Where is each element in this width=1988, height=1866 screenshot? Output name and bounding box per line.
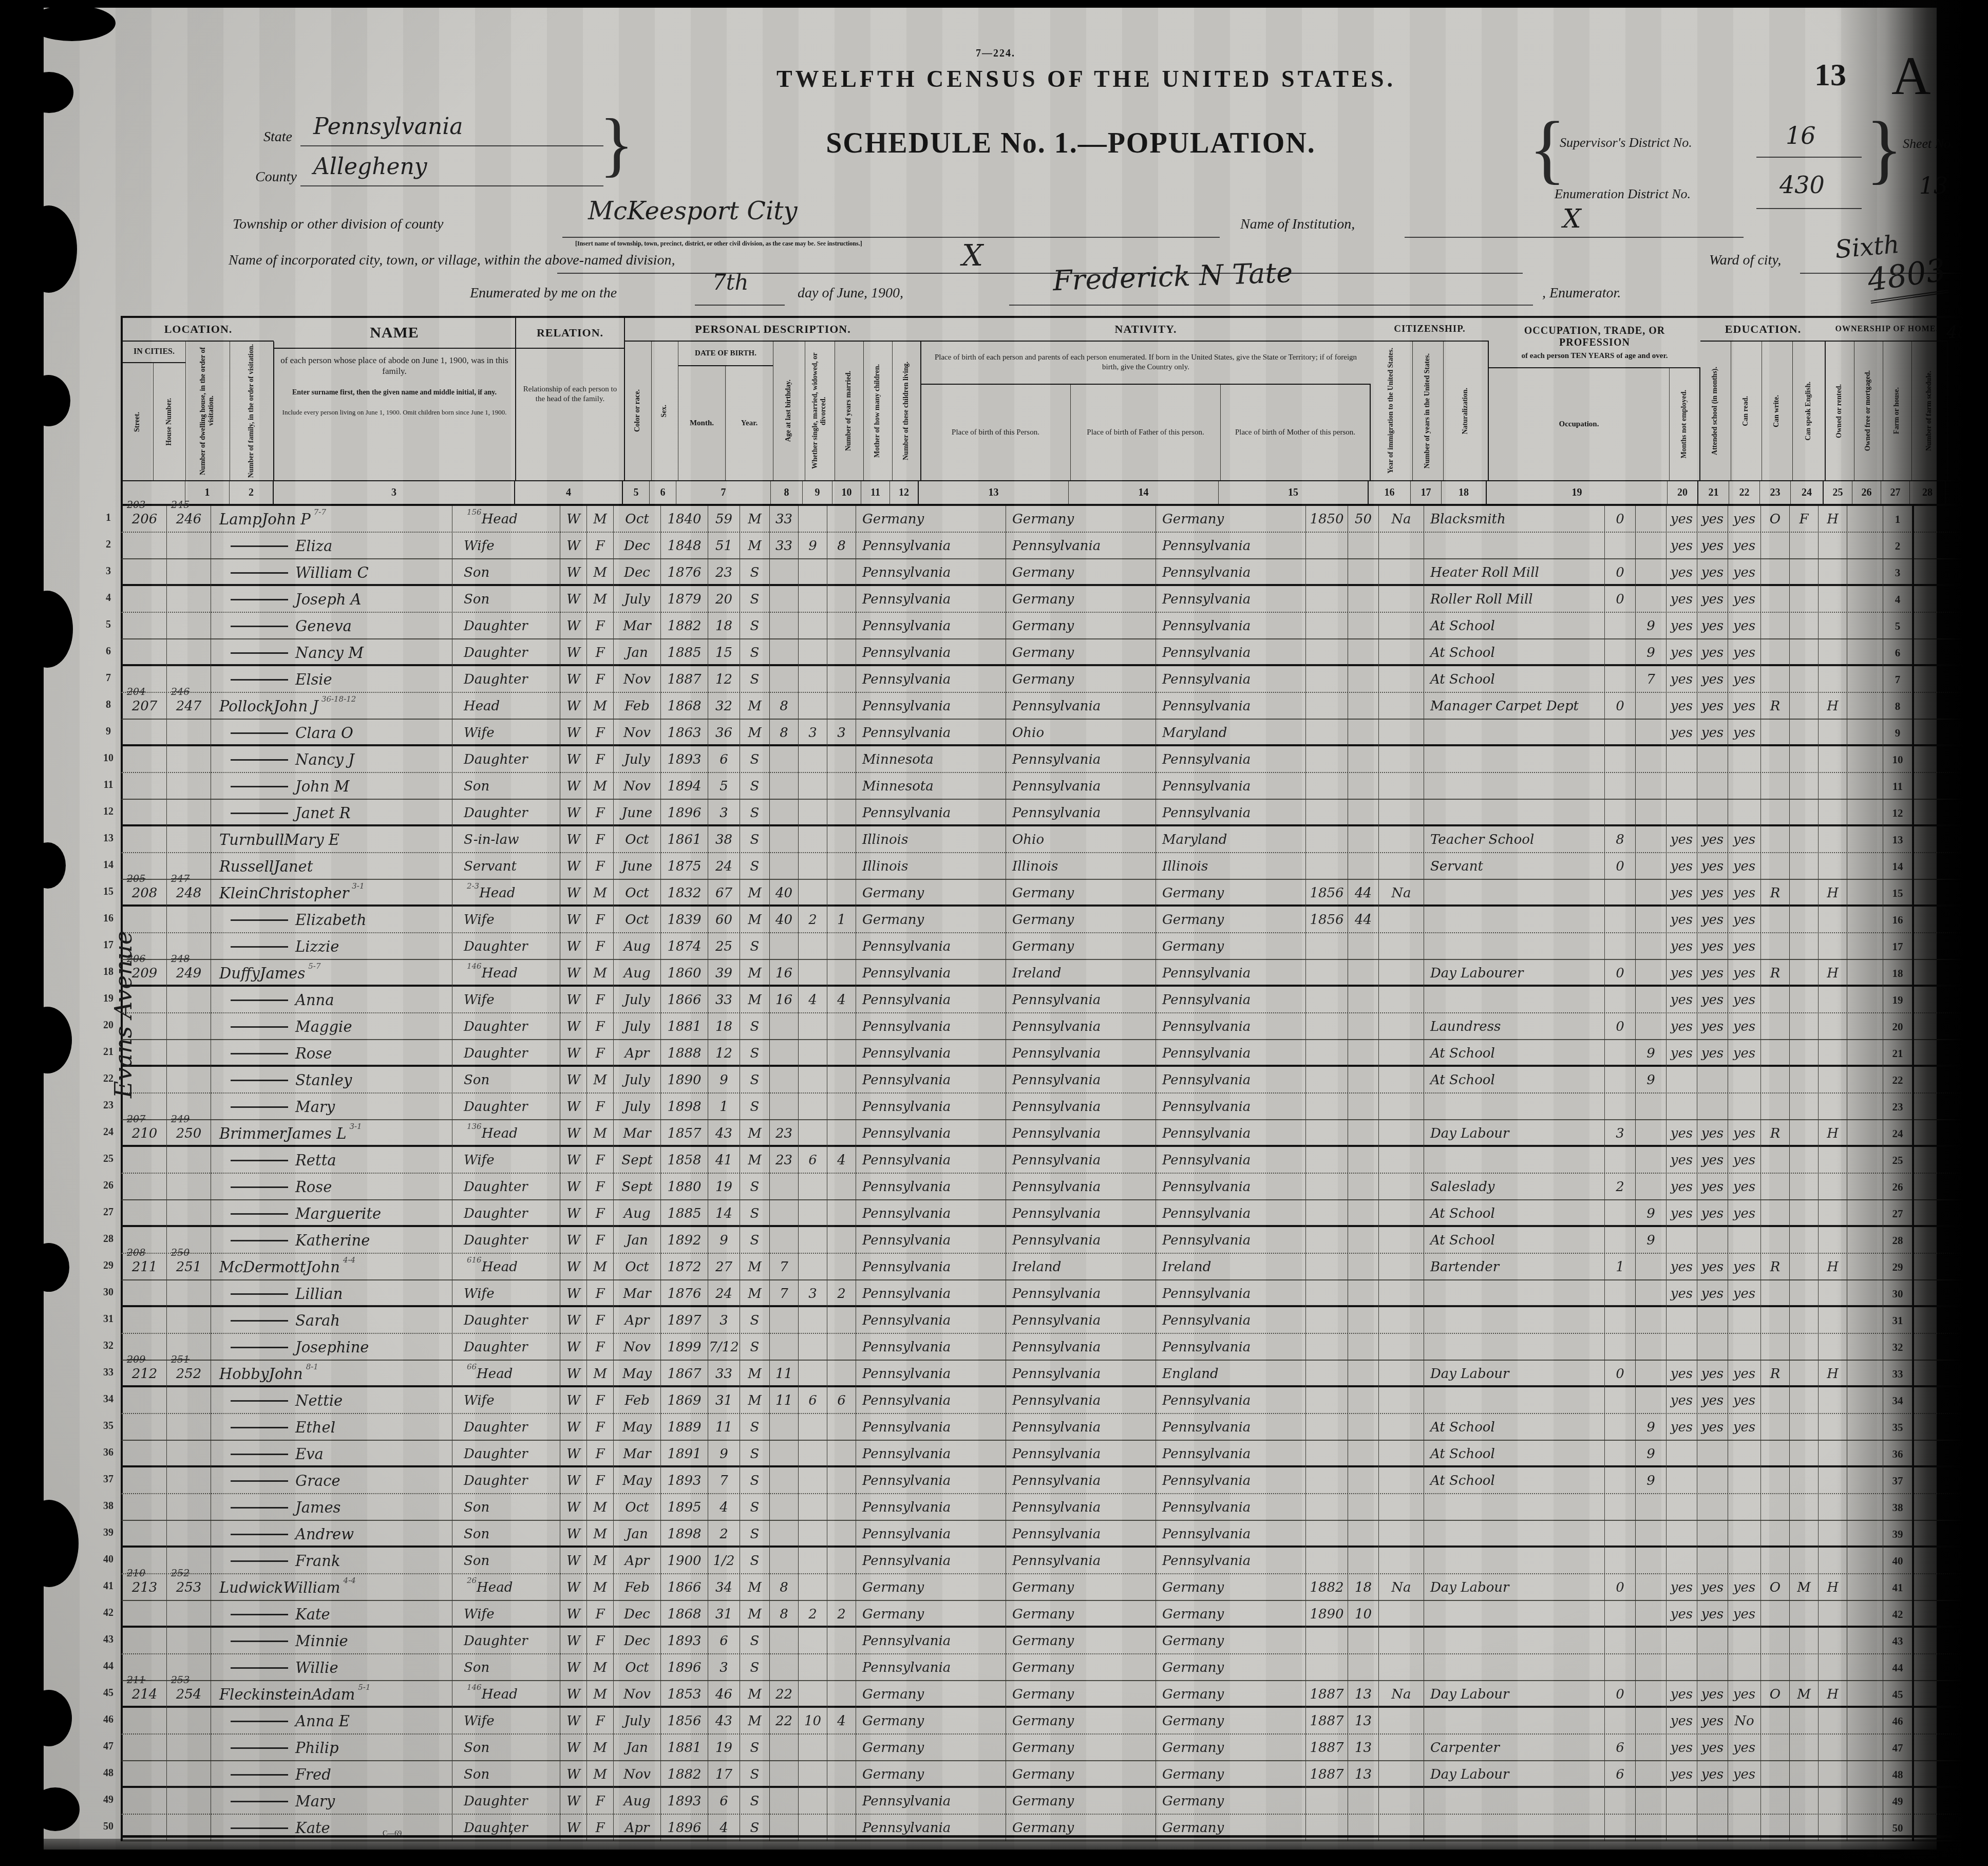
cell-pob: Pennsylvania <box>856 1120 1006 1147</box>
cell-en <box>1728 800 1761 826</box>
group-location-title: LOCATION. <box>164 323 233 336</box>
table-row: 22StanleySonWMJuly18909SPennsylvaniaPenn… <box>96 1067 1981 1094</box>
cell-own <box>1761 1387 1790 1414</box>
cell-nat <box>1379 1200 1424 1227</box>
cell-by: 1869 <box>661 1387 708 1414</box>
cell-mo <box>799 1120 827 1147</box>
cell-fam <box>167 1441 211 1467</box>
cell-pob: Pennsylvania <box>856 1494 1006 1521</box>
cell-wr: yes <box>1697 826 1728 853</box>
name-desc3: Include every person living on June 1, 1… <box>274 400 515 420</box>
cell-sch <box>1636 826 1667 853</box>
cell-nat <box>1379 773 1424 800</box>
cell-wr: yes <box>1697 506 1728 533</box>
cell-own <box>1761 907 1790 933</box>
cell-by: 1881 <box>661 1735 708 1761</box>
col-occupation-label: Occupation. <box>1559 420 1599 429</box>
cell-mo <box>799 1414 827 1441</box>
cell-pob: Pennsylvania <box>856 1013 1006 1040</box>
cell-sch <box>1636 773 1667 800</box>
cell-fam <box>167 1147 211 1174</box>
cell-nat <box>1379 1735 1424 1761</box>
cell-mo <box>799 1200 827 1227</box>
cell-color: W <box>560 1601 587 1628</box>
cell-pm: Pennsylvania <box>1156 800 1306 826</box>
table-row: 15205208247248Klein Christopher3-12-3Hea… <box>96 880 1981 907</box>
cell-bm: Nov <box>614 773 661 800</box>
cell-pob: Germany <box>856 1735 1006 1761</box>
cell-sch <box>1636 1334 1667 1361</box>
cell-fam <box>167 1628 211 1654</box>
line-number-left: 45 <box>96 1681 121 1708</box>
cell-pf: Pennsylvania <box>1006 1387 1156 1414</box>
cell-fam: 251252 <box>167 1361 211 1387</box>
cell-yus <box>1348 826 1379 853</box>
cell-sex: M <box>587 880 614 907</box>
cell-wr <box>1697 1548 1728 1574</box>
cell-own <box>1761 853 1790 880</box>
table-row: 42KateWifeWFDec186831M822GermanyGermanyG… <box>96 1601 1981 1628</box>
cell-sch <box>1636 1307 1667 1334</box>
row-cells: MaggieDaughterWFJuly188118SPennsylvaniaP… <box>121 1013 1977 1040</box>
cell-occ: Day Labour <box>1424 1681 1605 1708</box>
cell-en <box>1728 1521 1761 1548</box>
cell-nat <box>1379 1120 1424 1147</box>
cell-rel: Daughter <box>452 1174 560 1200</box>
bottom-edge-shadow <box>0 1839 1988 1866</box>
cell-mar: M <box>740 1147 770 1174</box>
cell-bm: July <box>614 1013 661 1040</box>
cell-rel: 136Head <box>452 1120 560 1147</box>
cell-en <box>1728 1654 1761 1681</box>
cell-en: yes <box>1728 933 1761 960</box>
table-row: 45211214253254Fleckinstein Adam5-1146Hea… <box>96 1681 1981 1708</box>
line-number-left: 6 <box>96 639 121 666</box>
cell-mne <box>1605 1788 1636 1815</box>
cell-sex: M <box>587 1494 614 1521</box>
cell-ym: 22 <box>770 1708 799 1735</box>
cell-pf: Illinois <box>1006 853 1156 880</box>
cell-own <box>1761 613 1790 639</box>
cell-age: 12 <box>708 666 740 693</box>
cell-sch <box>1636 853 1667 880</box>
cell-age: 31 <box>708 1601 740 1628</box>
cell-ym <box>770 1761 799 1788</box>
table-row: 1203206245246Lamp John P7-7156HeadWMOct1… <box>96 506 1981 533</box>
cell-en: yes <box>1728 907 1761 933</box>
cell-rd <box>1667 1521 1697 1548</box>
cell-wr: yes <box>1697 853 1728 880</box>
cell-sex: F <box>587 853 614 880</box>
cell-liv <box>827 1681 856 1708</box>
row-cells: JamesSonWMOct18954SPennsylvaniaPennsylva… <box>121 1494 1977 1521</box>
cell-sch <box>1636 586 1667 613</box>
cell-bm: Nov <box>614 1334 661 1361</box>
cell-pf: Germany <box>1006 880 1156 907</box>
cell-name: Anna <box>211 987 452 1013</box>
cell-rd <box>1667 1654 1697 1681</box>
cell-age: 9 <box>708 1441 740 1467</box>
cell-name: Elsie <box>211 666 452 693</box>
cell-sex: F <box>587 1174 614 1200</box>
cell-own <box>1761 1441 1790 1467</box>
cell-mar: S <box>740 639 770 666</box>
township-note: [Insert name of township, town, precinct… <box>575 240 862 248</box>
cell-dw <box>123 1387 167 1414</box>
cell-pf: Pennsylvania <box>1006 1361 1156 1387</box>
cell-fm <box>1790 1788 1819 1815</box>
enumeration-value: 430 <box>1779 171 1825 199</box>
cell-fm <box>1790 1120 1819 1147</box>
cell-en <box>1728 1628 1761 1654</box>
incorporated-label: Name of incorporated city, town, or vill… <box>229 252 675 269</box>
row-cells: PhilipSonWMJan188119SGermanyGermanyGerma… <box>121 1735 1977 1761</box>
cell-en: yes <box>1728 826 1761 853</box>
cell-pf: Germany <box>1006 559 1156 586</box>
cell-age: 41 <box>708 1147 740 1174</box>
paper-damage <box>31 1787 80 1831</box>
cell-dw <box>123 586 167 613</box>
col-can-read-label: Can read. <box>1742 394 1750 428</box>
cell-by: 1832 <box>661 880 708 907</box>
cell-ym: 23 <box>770 1147 799 1174</box>
cell-fam <box>167 1788 211 1815</box>
nativity-note: Place of birth of each person and parent… <box>921 350 1371 375</box>
cell-bm: Mar <box>614 1120 661 1147</box>
enumerated-suffix: , Enumerator. <box>1542 285 1621 301</box>
cell-bm: May <box>614 1414 661 1441</box>
cell-age: 6 <box>708 1788 740 1815</box>
cell-mar: M <box>740 1120 770 1147</box>
cell-yus <box>1348 1013 1379 1040</box>
cell-bm: Apr <box>614 1548 661 1574</box>
cell-mo <box>799 1067 827 1094</box>
cell-sch <box>1636 1628 1667 1654</box>
cell-sex: F <box>587 1441 614 1467</box>
cell-sex: F <box>587 1040 614 1067</box>
cell-sex: M <box>587 1735 614 1761</box>
cell-imm <box>1306 1147 1348 1174</box>
cell-wr <box>1697 1227 1728 1254</box>
cell-fm <box>1790 1040 1819 1067</box>
cell-fm <box>1790 1334 1819 1361</box>
cell-pf: Germany <box>1006 1601 1156 1628</box>
cell-yus <box>1348 613 1379 639</box>
cell-mo <box>799 666 827 693</box>
cell-wr: yes <box>1697 1254 1728 1280</box>
cell-mar: M <box>740 506 770 533</box>
cell-mar: M <box>740 533 770 559</box>
cell-occ: At School <box>1424 1200 1605 1227</box>
cell-mo <box>799 586 827 613</box>
cell-name: Duffy James5-7 <box>211 960 452 987</box>
cell-own <box>1761 933 1790 960</box>
cell-mne: 6 <box>1605 1761 1636 1788</box>
line-number-left: 41 <box>96 1574 121 1601</box>
cell-occ <box>1424 1307 1605 1334</box>
cell-fam <box>167 1174 211 1200</box>
cell-by: 1887 <box>661 666 708 693</box>
cell-en <box>1728 1227 1761 1254</box>
cell-pob: Pennsylvania <box>856 1254 1006 1280</box>
cell-ym: 8 <box>770 693 799 720</box>
table-row: 6Nancy MDaughterWFJan188515SPennsylvania… <box>96 639 1981 666</box>
cell-dw: 203206 <box>123 506 167 533</box>
cell-pf: Pennsylvania <box>1006 1414 1156 1441</box>
cell-mne <box>1605 933 1636 960</box>
cell-pm: Maryland <box>1156 720 1306 746</box>
cell-color: W <box>560 907 587 933</box>
cell-pob: Pennsylvania <box>856 693 1006 720</box>
cell-mo <box>799 1574 827 1601</box>
census-scan-page: { "colors": {"paper": "#c9c8c4", "ink": … <box>0 0 1988 1866</box>
cell-own <box>1761 1548 1790 1574</box>
row-cells: MaryDaughterWFJuly18981SPennsylvaniaPenn… <box>121 1094 1977 1120</box>
cell-color: W <box>560 559 587 586</box>
cell-own: R <box>1761 960 1790 987</box>
cell-pm: Germany <box>1156 1601 1306 1628</box>
cell-yus <box>1348 559 1379 586</box>
cell-ym <box>770 800 799 826</box>
cell-liv <box>827 1654 856 1681</box>
cell-name: Russell Janet <box>211 853 452 880</box>
cell-yus <box>1348 693 1379 720</box>
cell-nat <box>1379 613 1424 639</box>
institution-line <box>1405 237 1744 238</box>
line-number-left: 44 <box>96 1654 121 1681</box>
cell-rd: yes <box>1667 720 1697 746</box>
cell-fam <box>167 586 211 613</box>
cell-sex: F <box>587 613 614 639</box>
cell-rd: yes <box>1667 880 1697 907</box>
cell-liv <box>827 746 856 773</box>
cell-rel: Daughter <box>452 1307 560 1334</box>
cell-mne <box>1605 1147 1636 1174</box>
cell-wr <box>1697 1094 1728 1120</box>
cell-en: yes <box>1728 880 1761 907</box>
cell-mar: M <box>740 1254 770 1280</box>
line-number-left: 48 <box>96 1761 121 1788</box>
cell-mne <box>1605 1708 1636 1735</box>
cell-by: 1899 <box>661 1334 708 1361</box>
cell-mo: 9 <box>799 533 827 559</box>
cell-sex: M <box>587 506 614 533</box>
cell-ym: 40 <box>770 907 799 933</box>
cell-pf: Pennsylvania <box>1006 800 1156 826</box>
cell-mne <box>1605 533 1636 559</box>
cell-own: R <box>1761 1361 1790 1387</box>
cell-sch <box>1636 800 1667 826</box>
cell-by: 1874 <box>661 933 708 960</box>
cell-own <box>1761 639 1790 666</box>
row-cells: NettieWifeWFFeb186931M1166PennsylvaniaPe… <box>121 1387 1977 1414</box>
cell-pob: Pennsylvania <box>856 1334 1006 1361</box>
cell-fam: 247248 <box>167 880 211 907</box>
cell-pf: Pennsylvania <box>1006 1494 1156 1521</box>
cell-name: Frank <box>211 1548 452 1574</box>
cell-sex: F <box>587 1307 614 1334</box>
paper-damage <box>27 375 70 426</box>
cell-nat <box>1379 559 1424 586</box>
cell-yus <box>1348 1227 1379 1254</box>
cell-rel: Wife <box>452 1601 560 1628</box>
cell-sch <box>1636 693 1667 720</box>
cell-fm <box>1790 666 1819 693</box>
cell-wr: yes <box>1697 987 1728 1013</box>
row-cells: StanleySonWMJuly18909SPennsylvaniaPennsy… <box>121 1067 1977 1094</box>
cell-mne <box>1605 987 1636 1013</box>
col-age-label: Age at last birthday. <box>785 378 793 444</box>
cell-age: 1/2 <box>708 1548 740 1574</box>
cell-pob: Illinois <box>856 853 1006 880</box>
line-number-left: 50 <box>96 1815 121 1841</box>
cell-wr: yes <box>1697 639 1728 666</box>
cell-ym <box>770 1174 799 1200</box>
cell-en: yes <box>1728 1254 1761 1280</box>
cell-rel: Daughter <box>452 1227 560 1254</box>
cell-imm <box>1306 586 1348 613</box>
cell-pf: Germany <box>1006 586 1156 613</box>
cell-age: 17 <box>708 1761 740 1788</box>
cell-imm <box>1306 720 1348 746</box>
line-number-left: 1 <box>96 506 121 533</box>
cell-imm <box>1306 1013 1348 1040</box>
cell-fm <box>1790 639 1819 666</box>
cell-rd: yes <box>1667 693 1697 720</box>
cell-color: W <box>560 613 587 639</box>
incorporated-line <box>557 273 1523 274</box>
cell-fam <box>167 720 211 746</box>
table-row: 27MargueriteDaughterWFAug188514SPennsylv… <box>96 1200 1981 1227</box>
cell-nat: Na <box>1379 506 1424 533</box>
cell-fam <box>167 987 211 1013</box>
cell-mo <box>799 960 827 987</box>
cell-own <box>1761 1307 1790 1334</box>
cell-name: Turnbull Mary E <box>211 826 452 853</box>
cell-own <box>1761 1788 1790 1815</box>
cell-ym <box>770 1094 799 1120</box>
cell-bm: Dec <box>614 1601 661 1628</box>
cell-name: Hobby John8-1 <box>211 1361 452 1387</box>
cell-mne <box>1605 1334 1636 1361</box>
cell-yus <box>1348 1120 1379 1147</box>
cell-imm <box>1306 1361 1348 1387</box>
cell-age: 38 <box>708 826 740 853</box>
cell-fm <box>1790 987 1819 1013</box>
cell-fm <box>1790 533 1819 559</box>
cell-fm <box>1790 1628 1819 1654</box>
row-cells: 207210249250Brimmer James L3-1136HeadWMM… <box>121 1120 1977 1147</box>
cell-sch <box>1636 1494 1667 1521</box>
cell-color: W <box>560 826 587 853</box>
paper-damage <box>22 591 73 668</box>
cell-nat <box>1379 1601 1424 1628</box>
cell-en: yes <box>1728 559 1761 586</box>
cell-yus <box>1348 1334 1379 1361</box>
group-personal-title: PERSONAL DESCRIPTION. <box>695 323 850 336</box>
cell-color: W <box>560 773 587 800</box>
cell-mo <box>799 693 827 720</box>
cell-nat <box>1379 1307 1424 1334</box>
cell-bm: Jan <box>614 1227 661 1254</box>
cell-liv <box>827 1334 856 1361</box>
cell-wr: yes <box>1697 1735 1728 1761</box>
cell-rel: Daughter <box>452 933 560 960</box>
cell-name: Katherine <box>211 1227 452 1254</box>
cell-sch: 9 <box>1636 1467 1667 1494</box>
cell-rel: Son <box>452 1067 560 1094</box>
cell-en: yes <box>1728 960 1761 987</box>
row-cells: MargueriteDaughterWFAug188514SPennsylvan… <box>121 1200 1977 1227</box>
cell-own: R <box>1761 693 1790 720</box>
table-row: 3William CSonWMDec187623SPennsylvaniaGer… <box>96 559 1981 586</box>
cell-mar: S <box>740 1441 770 1467</box>
cell-by: 1858 <box>661 1147 708 1174</box>
row-cells: Russell JanetServantWFJune187524SIllinoi… <box>121 853 1977 880</box>
cell-imm <box>1306 1254 1348 1280</box>
cell-mne <box>1605 1067 1636 1094</box>
cell-mo <box>799 1761 827 1788</box>
cell-age: 7/12 <box>708 1334 740 1361</box>
cell-mo <box>799 1628 827 1654</box>
cell-occ: Bartender <box>1424 1254 1605 1280</box>
row-cells: 210213252253Ludwick William4-426HeadWMFe… <box>121 1574 1977 1601</box>
cell-fm <box>1790 1387 1819 1414</box>
cell-ym <box>770 1067 799 1094</box>
cell-pob: Pennsylvania <box>856 666 1006 693</box>
cell-occ <box>1424 1094 1605 1120</box>
cell-pm: Pennsylvania <box>1156 1307 1306 1334</box>
cell-color: W <box>560 1708 587 1735</box>
cell-pob: Pennsylvania <box>856 720 1006 746</box>
cell-dw <box>123 1601 167 1628</box>
cell-dw <box>123 1307 167 1334</box>
table-row: 47PhilipSonWMJan188119SGermanyGermanyGer… <box>96 1735 1981 1761</box>
cell-rel: 2-3Head <box>452 880 560 907</box>
supervisor-value: 16 <box>1786 122 1816 149</box>
cell-bm: Dec <box>614 533 661 559</box>
cell-mar: S <box>740 826 770 853</box>
cell-imm <box>1306 1414 1348 1441</box>
table-row: 40FrankSonWMApr19001/2SPennsylvaniaPenns… <box>96 1548 1981 1574</box>
cell-pob: Pennsylvania <box>856 1227 1006 1254</box>
in-cities-title: IN CITIES. <box>134 347 175 356</box>
cell-en: yes <box>1728 506 1761 533</box>
cell-sch: 9 <box>1636 1040 1667 1067</box>
cell-en: yes <box>1728 1280 1761 1307</box>
cell-nat <box>1379 933 1424 960</box>
cell-by: 1848 <box>661 533 708 559</box>
cell-nat <box>1379 1494 1424 1521</box>
cell-name: Philip <box>211 1735 452 1761</box>
cell-yus <box>1348 533 1379 559</box>
cell-color: W <box>560 533 587 559</box>
cell-occ <box>1424 1654 1605 1681</box>
cell-rd <box>1667 1441 1697 1467</box>
cell-nat <box>1379 1414 1424 1441</box>
cell-pf: Pennsylvania <box>1006 1307 1156 1334</box>
table-row: 30LillianWifeWFMar187624M732Pennsylvania… <box>96 1280 1981 1307</box>
cell-sch: 9 <box>1636 1227 1667 1254</box>
cell-mne <box>1605 1227 1636 1254</box>
cell-liv <box>827 1040 856 1067</box>
cell-fam <box>167 1708 211 1735</box>
cell-ym: 22 <box>770 1681 799 1708</box>
cell-own <box>1761 1414 1790 1441</box>
cell-sex: F <box>587 1094 614 1120</box>
cell-pm: Pennsylvania <box>1156 533 1306 559</box>
cell-mne: 0 <box>1605 693 1636 720</box>
